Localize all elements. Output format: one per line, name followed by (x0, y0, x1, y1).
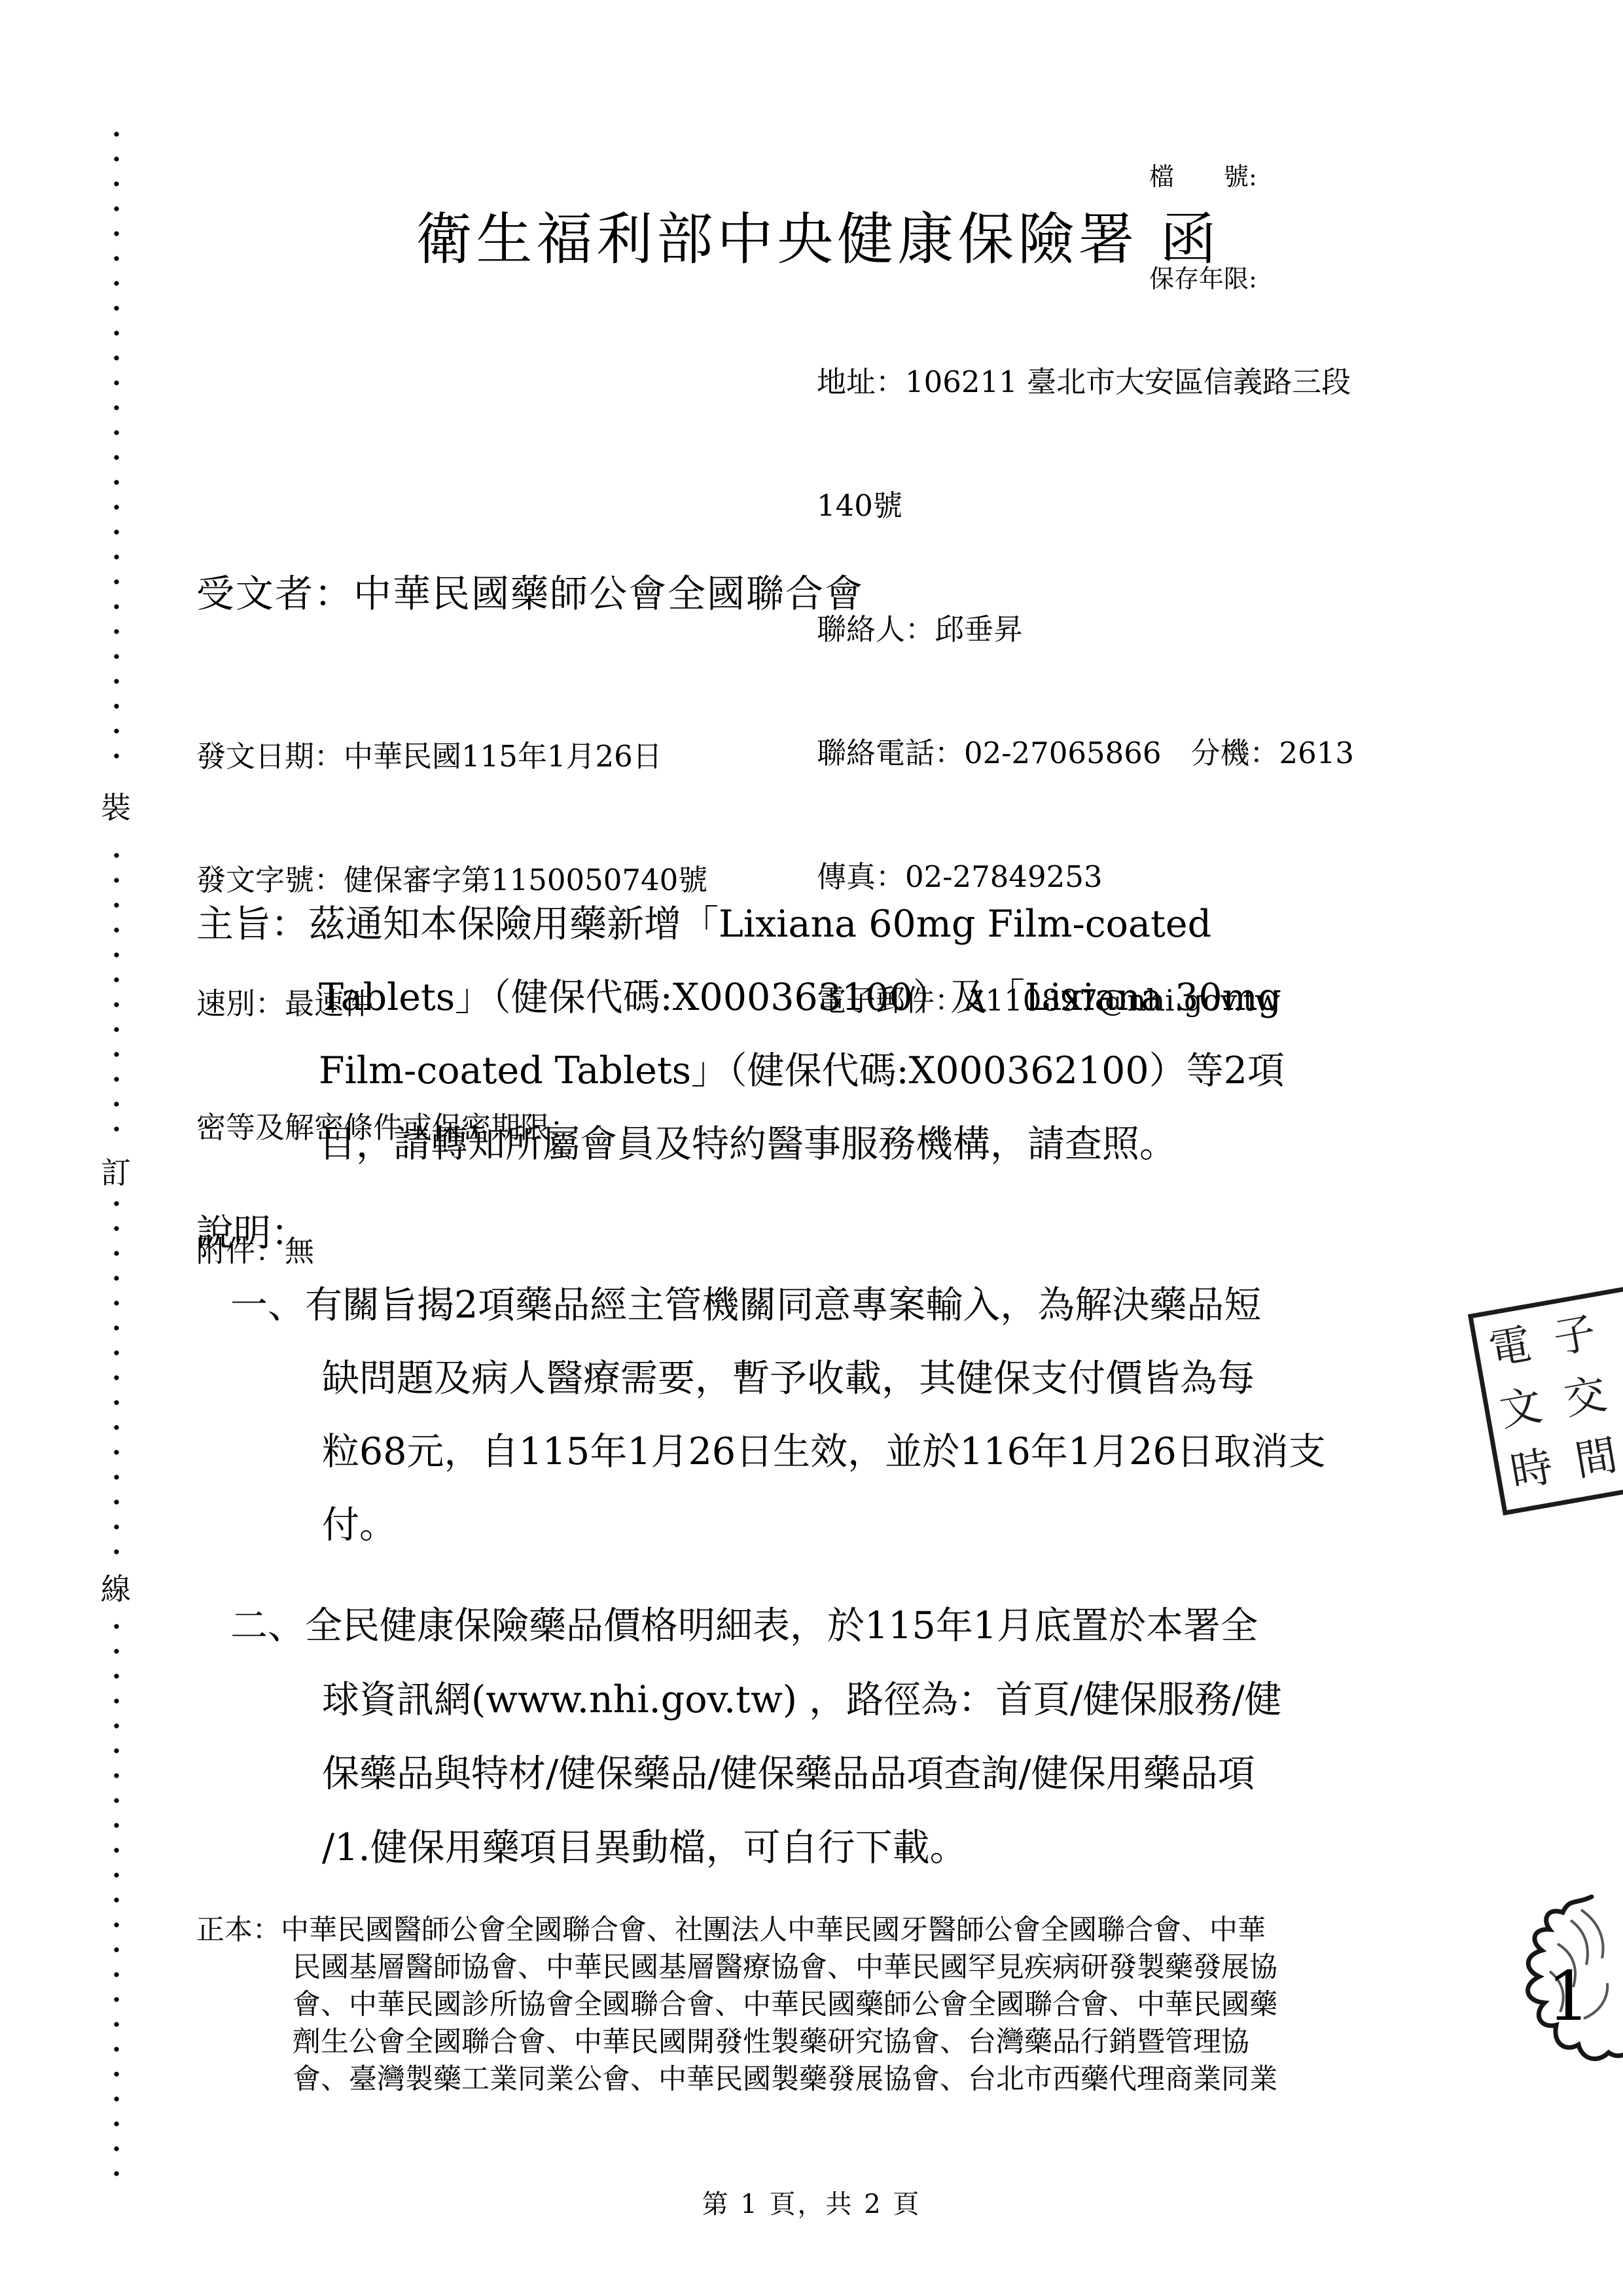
subject-line-1: 主旨：茲通知本保險用藥新增「Lixiana 60mg Film-coated (196, 894, 1211, 948)
copy-to-line5: 會、臺灣製藥工業同業公會、中華民國製藥發展協會、台北市西藥代理商業同業 (293, 2057, 1277, 2097)
file-number-label: 檔 號: (1149, 160, 1257, 194)
recipient-line: 受文者：中華民國藥師公會全國聯合會 (196, 563, 864, 618)
sender-contact-person: 聯絡人：邱垂昇 (817, 609, 1354, 650)
subject-line-3: Film-coated Tablets」（健保代碼:X000362100）等2項 (319, 1041, 1285, 1094)
explanation-item2-line3: 保藥品與特材/健保藥品/健保藥品品項查詢/健保用藥品項 (322, 1744, 1255, 1797)
page-number-seal: 1 (1493, 1884, 1623, 2088)
explanation-heading: 說明： (196, 1203, 308, 1257)
document-title: 衛生福利部中央健康保險署 函 (321, 194, 1315, 275)
binding-mark-xian: 線 (98, 1558, 134, 1617)
explanation-item1-line4: 付。 (322, 1495, 397, 1549)
dispatch-date: 發文日期：中華民國115年1月26日 (196, 736, 707, 777)
copy-to-line4: 劑生公會全國聯合會、中華民國開發性製藥研究協會、台灣藥品行銷暨管理協 (293, 2020, 1249, 2060)
subject-line-4: 目，請轉知所屬會員及特約醫事服務機構，請查照。 (319, 1114, 1177, 1168)
electronic-exchange-stamp: 電子 文交 時間 (1468, 1285, 1623, 1515)
sender-phone: 聯絡電話：02-27065866 分機：2613 (817, 732, 1354, 774)
electronic-exchange-stamp-row2: 文交 (1497, 1367, 1623, 1433)
seal-page-number: 1 (1547, 1956, 1590, 2036)
electronic-exchange-stamp-row3: 時間 (1508, 1428, 1623, 1495)
copy-to-line1: 正本：中華民國醫師公會全國聯合會、社團法人中華民國牙醫師公會全國聯合會、中華 (196, 1908, 1266, 1948)
explanation-item2-line4: /1.健保用藥項目異動檔，可自行下載。 (322, 1818, 967, 1871)
electronic-exchange-stamp-row1: 電子 (1486, 1305, 1623, 1372)
binding-mark-ding: 訂 (98, 1141, 134, 1200)
copy-to-line3: 會、中華民國診所協會全國聯合會、中華民國藥師公會全國聯合會、中華民國藥 (293, 1982, 1277, 2022)
explanation-item2-line1: 二、全民健康保險藥品價格明細表，於115年1月底置於本署全 (230, 1596, 1258, 1649)
explanation-item1-line2: 缺問題及病人醫療需要，暫予收載，其健保支付價皆為每 (322, 1348, 1255, 1402)
sender-address-line1: 地址：106211 臺北市大安區信義路三段 (817, 361, 1354, 403)
page-footer: 第 1 頁，共 2 頁 (0, 2183, 1623, 2221)
explanation-item1-line1: 一、有關旨揭2項藥品經主管機關同意專案輸入，為解決藥品短 (230, 1275, 1261, 1329)
copy-to-line2: 民國基層醫師協會、中華民國基層醫療協會、中華民國罕見疾病研發製藥發展協 (293, 1945, 1277, 1985)
explanation-item2-line2: 球資訊網(www.nhi.gov.tw) ，路徑為：首頁/健保服務/健 (322, 1670, 1282, 1723)
sender-address-line2: 140號 (817, 485, 1354, 526)
subject-line-2: Tablets」（健保代碼:X000363100）及「Lixiana 30mg (319, 967, 1281, 1021)
binding-mark-zhuang: 裝 (98, 776, 134, 835)
document-page: 裝 訂 線 檔 號: 保存年限: 衛生福利部中央健康保險署 函 地址：10621… (0, 0, 1623, 2296)
explanation-item1-line3: 粒68元，自115年1月26日生效，並於116年1月26日取消支 (322, 1422, 1326, 1475)
sender-fax: 傳真：02-27849253 (817, 856, 1354, 897)
